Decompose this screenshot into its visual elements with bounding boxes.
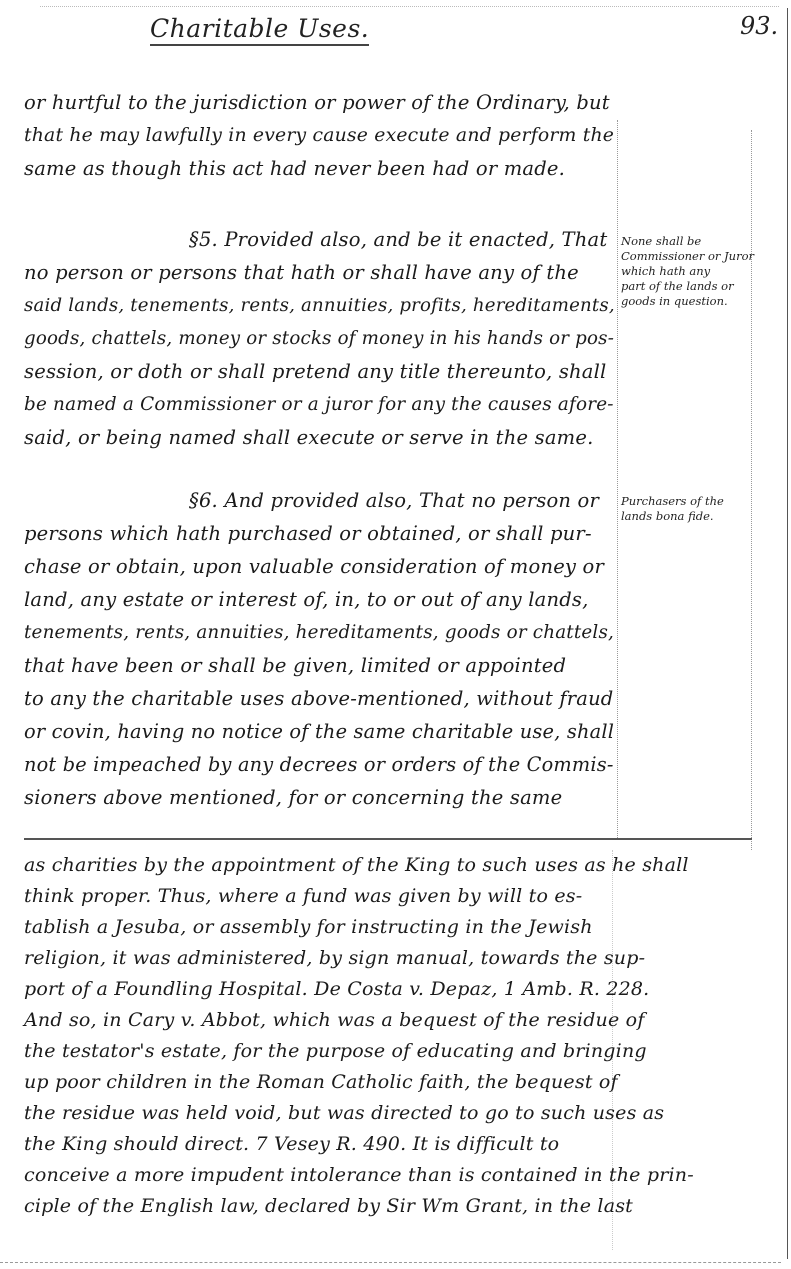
- margin-note-line: Purchasers of the: [621, 494, 751, 509]
- commentary-text: as charities by the appointment of the K…: [24, 850, 744, 1222]
- margin-note-section-6: Purchasers of the lands bona fide.: [621, 494, 751, 524]
- text-line: same as though this act had never been h…: [24, 152, 614, 185]
- text-line: that he may lawfully in every cause exec…: [24, 119, 614, 152]
- margin-note-line: Commissioner or Juror: [621, 249, 751, 264]
- text-line: ciple of the English law, declared by Si…: [24, 1191, 744, 1222]
- text-line: chase or obtain, upon valuable considera…: [24, 550, 614, 583]
- section-6: §6. And provided also, That no person or…: [24, 484, 614, 814]
- margin-note-line: goods in question.: [621, 294, 751, 309]
- margin-note-line: None shall be: [621, 234, 751, 249]
- page-right-edge: [787, 8, 788, 1259]
- text-line: the testator's estate, for the purpose o…: [24, 1036, 744, 1067]
- paragraph-continuation: or hurtful to the jurisdiction or power …: [24, 86, 614, 185]
- page-number: 93.: [740, 12, 778, 40]
- section-5: §5. Provided also, and be it enacted, Th…: [24, 223, 614, 454]
- text-line: not be impeached by any decrees or order…: [24, 748, 614, 781]
- text-line: that have been or shall be given, limite…: [24, 649, 614, 682]
- text-line: the residue was held void, but was direc…: [24, 1098, 744, 1129]
- text-line: tenements, rents, annuities, hereditamen…: [24, 616, 614, 649]
- text-line: said, or being named shall execute or se…: [24, 421, 614, 454]
- text-line: port of a Foundling Hospital. De Costa v…: [24, 974, 744, 1005]
- text-line: be named a Commissioner or a juror for a…: [24, 388, 614, 421]
- text-line: no person or persons that hath or shall …: [24, 256, 614, 289]
- page-bottom-edge: [0, 1262, 781, 1263]
- section-heading-line: §5. Provided also, and be it enacted, Th…: [24, 223, 614, 256]
- text-line: the King should direct. 7 Vesey R. 490. …: [24, 1129, 744, 1160]
- section-heading-line: §6. And provided also, That no person or: [24, 484, 614, 517]
- margin-rule-left: [617, 120, 618, 840]
- text-line: as charities by the appointment of the K…: [24, 850, 744, 881]
- text-line: religion, it was administered, by sign m…: [24, 943, 744, 974]
- section-divider: [24, 838, 752, 840]
- margin-note-line: lands bona fide.: [621, 509, 751, 524]
- text-line: up poor children in the Roman Catholic f…: [24, 1067, 744, 1098]
- text-line: land, any estate or interest of, in, to …: [24, 583, 614, 616]
- page-title: Charitable Uses.: [150, 14, 369, 46]
- text-line: or covin, having no notice of the same c…: [24, 715, 614, 748]
- text-line: goods, chattels, money or stocks of mone…: [24, 322, 614, 355]
- text-line: think proper. Thus, where a fund was giv…: [24, 881, 744, 912]
- text-line: sioners above mentioned, for or concerni…: [24, 781, 614, 814]
- margin-note-line: part of the lands or: [621, 279, 751, 294]
- text-line: to any the charitable uses above-mention…: [24, 682, 614, 715]
- margin-note-section-5: None shall be Commissioner or Juror whic…: [621, 234, 751, 309]
- text-line: persons which hath purchased or obtained…: [24, 517, 614, 550]
- text-line: conceive a more impudent intolerance tha…: [24, 1160, 744, 1191]
- margin-note-line: which hath any: [621, 264, 751, 279]
- text-line: or hurtful to the jurisdiction or power …: [24, 86, 614, 119]
- margin-rule-right: [751, 130, 752, 850]
- text-line: tablish a Jesuba, or assembly for instru…: [24, 912, 744, 943]
- text-line: And so, in Cary v. Abbot, which was a be…: [24, 1005, 744, 1036]
- text-line: said lands, tenements, rents, annuities,…: [24, 289, 614, 322]
- text-line: session, or doth or shall pretend any ti…: [24, 355, 614, 388]
- page-top-edge: [40, 6, 779, 7]
